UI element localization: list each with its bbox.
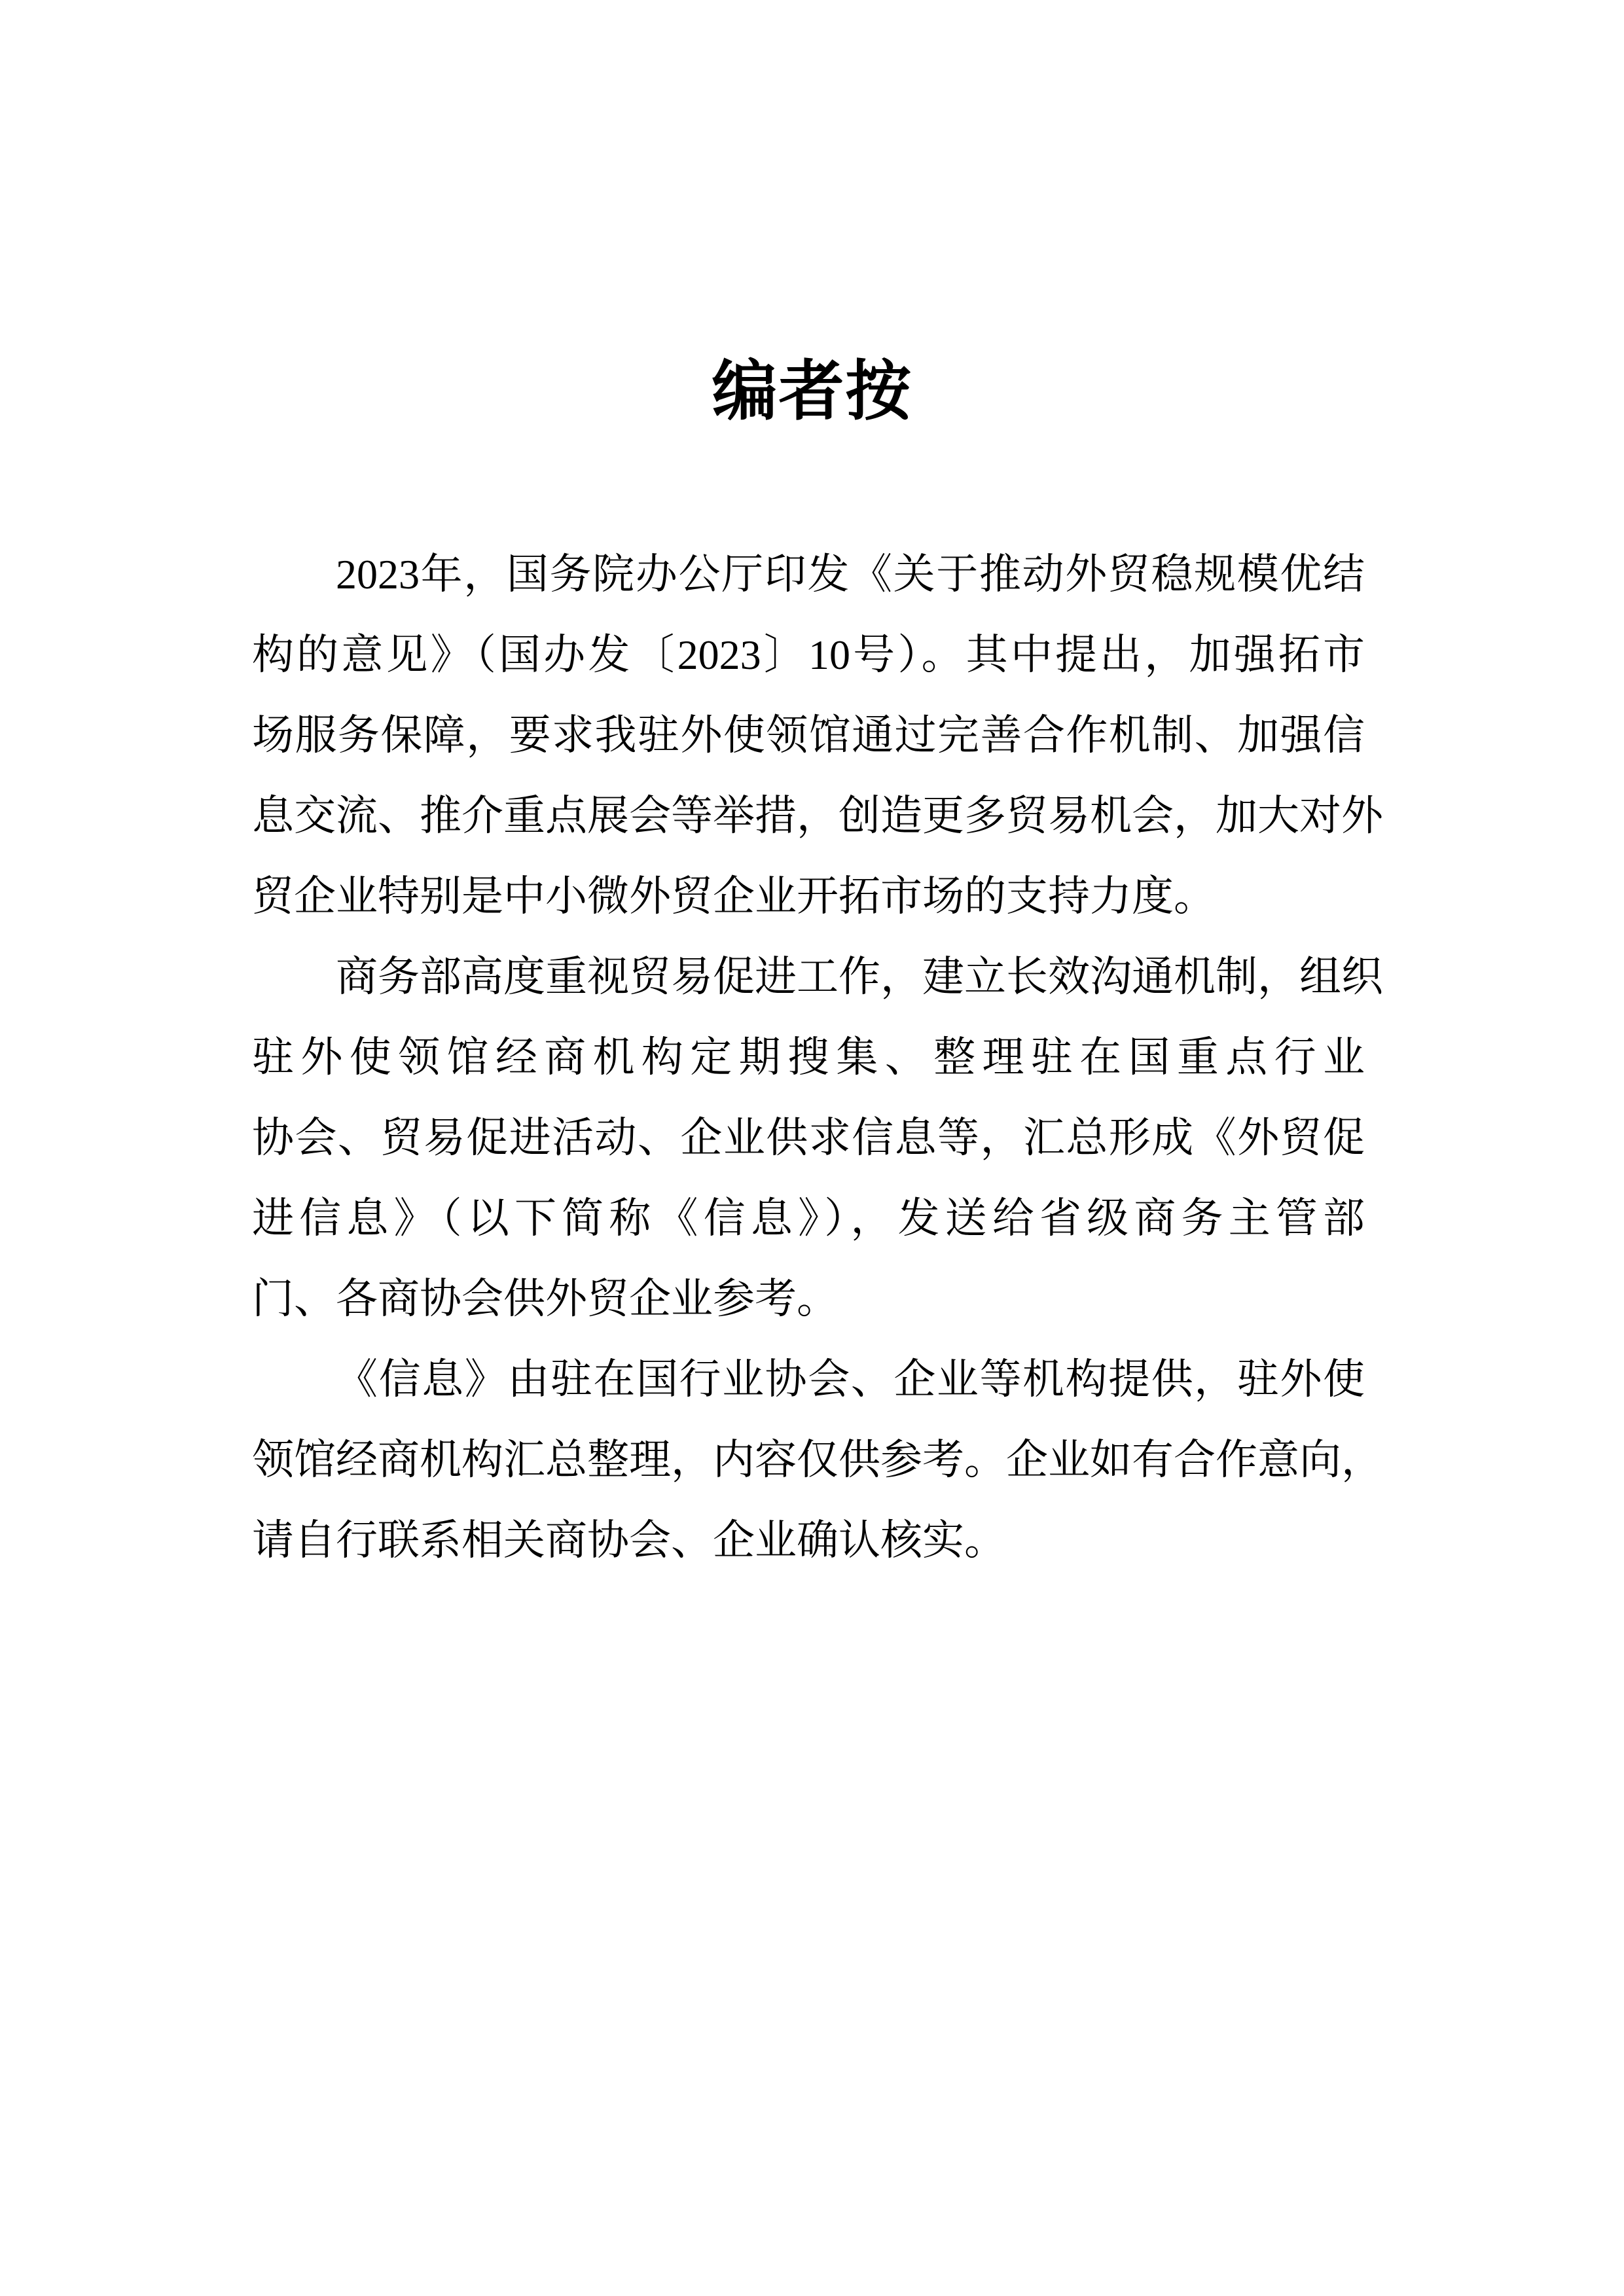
text-line: 驻外使领馆经商机构定期搜集、整理驻在国重点行业 (252, 1017, 1365, 1098)
document-body: 2023年，国务院办公厅印发《关于推动外贸稳规模优结 构的意见》（国办发〔202… (252, 534, 1365, 1581)
text-line: 协会、贸易促进活动、企业供求信息等，汇总形成《外贸促 (252, 1098, 1365, 1178)
text-line: 《信息》由驻在国行业协会、企业等机构提供，驻外使 (252, 1339, 1365, 1420)
text-line: 进信息》（以下简称《信息》），发送给省级商务主管部 (252, 1178, 1365, 1259)
text-line: 领馆经商机构汇总整理，内容仅供参考。企业如有合作意向， (252, 1420, 1365, 1500)
page-title: 编者按 (0, 352, 1624, 431)
text-line: 2023年，国务院办公厅印发《关于推动外贸稳规模优结 (252, 534, 1365, 615)
text-line: 构的意见》（国办发〔2023〕10号）。其中提出，加强拓市 (252, 615, 1365, 695)
paragraph: 2023年，国务院办公厅印发《关于推动外贸稳规模优结 构的意见》（国办发〔202… (252, 534, 1365, 937)
document-page: 编者按 2023年，国务院办公厅印发《关于推动外贸稳规模优结 构的意见》（国办发… (0, 0, 1624, 2296)
text-line: 请自行联系相关商协会、企业确认核实。 (252, 1500, 1365, 1581)
text-line: 息交流、推介重点展会等举措，创造更多贸易机会，加大对外 (252, 776, 1365, 856)
text-line: 场服务保障，要求我驻外使领馆通过完善合作机制、加强信 (252, 695, 1365, 776)
text-line: 贸企业特别是中小微外贸企业开拓市场的支持力度。 (252, 856, 1365, 937)
text-line: 门、各商协会供外贸企业参考。 (252, 1259, 1365, 1339)
paragraph: 《信息》由驻在国行业协会、企业等机构提供，驻外使 领馆经商机构汇总整理，内容仅供… (252, 1339, 1365, 1581)
paragraph: 商务部高度重视贸易促进工作，建立长效沟通机制，组织 驻外使领馆经商机构定期搜集、… (252, 937, 1365, 1339)
text-line: 商务部高度重视贸易促进工作，建立长效沟通机制，组织 (252, 937, 1365, 1017)
